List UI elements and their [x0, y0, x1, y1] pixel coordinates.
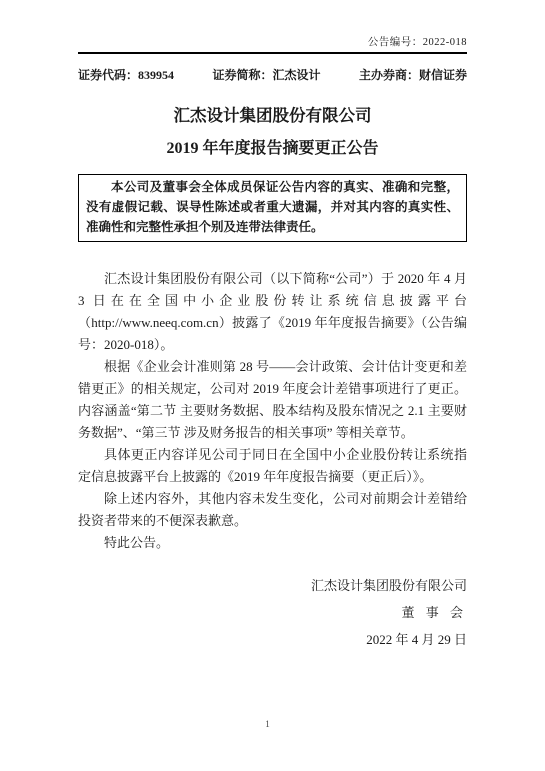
stock-short-name: 证券简称：汇杰设计 [212, 67, 320, 83]
sponsor-broker: 主办券商：财信证券 [359, 67, 467, 83]
header-rule [78, 52, 467, 54]
company-title: 汇杰设计集团股份有限公司 [78, 105, 467, 126]
signature-date: 2022 年 4 月 29 日 [78, 626, 467, 653]
body-paragraph-closing: 特此公告。 [78, 532, 467, 554]
securities-info-row: 证券代码：839954 证券简称：汇杰设计 主办券商：财信证券 [78, 67, 467, 83]
body-paragraph-disclosure: 汇杰设计集团股份有限公司（以下简称“公司”）于 2020 年 4 月 3 日在在… [78, 268, 467, 356]
body-paragraph-correction-basis: 根据《企业会计准则第 28 号——会计政策、会计估计变更和差错更正》的相关规定，… [78, 356, 467, 444]
announcement-number: 公告编号：2022-018 [78, 36, 467, 49]
stock-code: 证券代码：839954 [78, 67, 174, 83]
body-paragraph-apology: 除上述内容外，其他内容未发生变化，公司对前期会计差错给投资者带来的不便深表歉意。 [78, 488, 467, 532]
statement-text: 本公司及董事会全体成员保证公告内容的真实、准确和完整，没有虚假记载、误导性陈述或… [86, 177, 459, 237]
signature-company: 汇杰设计集团股份有限公司 [78, 572, 467, 599]
signature-board: 董 事 会 [78, 599, 467, 626]
page-number: 1 [0, 719, 535, 729]
body-paragraph-correction-details: 具体更正内容详见公司于同日在全国中小企业股份转让系统指定信息披露平台上披露的《2… [78, 444, 467, 488]
announcement-title: 2019 年年度报告摘要更正公告 [78, 138, 467, 159]
announcement-body: 汇杰设计集团股份有限公司（以下简称“公司”）于 2020 年 4 月 3 日在在… [78, 268, 467, 554]
statement-box: 本公司及董事会全体成员保证公告内容的真实、准确和完整，没有虚假记载、误导性陈述或… [78, 174, 467, 242]
announcement-page: 公告编号：2022-018 证券代码：839954 证券简称：汇杰设计 主办券商… [0, 0, 545, 771]
signature-block: 汇杰设计集团股份有限公司 董 事 会 2022 年 4 月 29 日 [78, 572, 467, 653]
